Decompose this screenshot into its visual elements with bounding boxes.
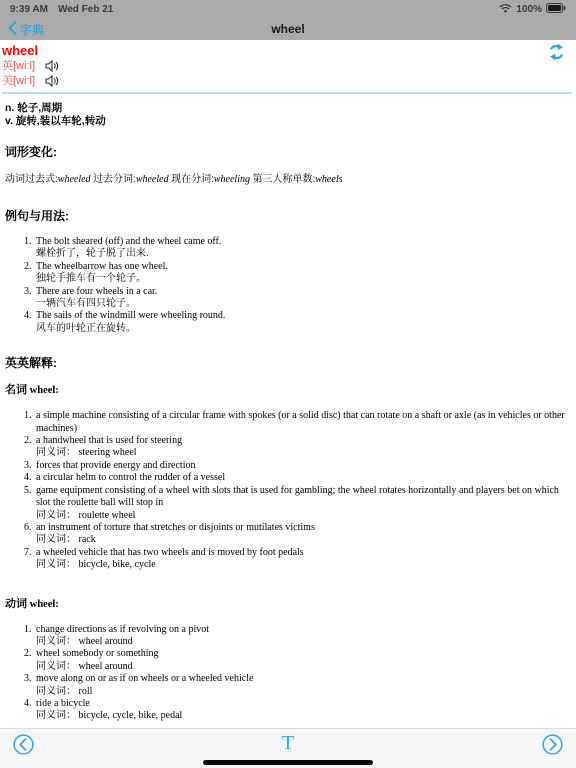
section-heading-examples: 例句与用法:: [0, 209, 576, 223]
synonym-values: bicycle, cycle, bike, pedal: [79, 710, 183, 721]
conjugation-line: 动词过去式:wheeled 过去分词:wheeled 现在分词:wheeling…: [5, 174, 576, 186]
synonym-label: 同义词：: [36, 686, 76, 697]
sense-text: game equipment consisting of a wheel wit…: [36, 485, 559, 508]
synonym-label: 同义词：: [36, 447, 76, 458]
synonym-label: 同义词：: [36, 710, 76, 721]
conj-value: wheeled: [58, 174, 91, 185]
conj-value: wheeling: [214, 174, 250, 185]
status-time: 9:39 AM: [10, 4, 48, 15]
example-en: The wheelbarrow has one wheel.: [36, 261, 168, 272]
sense-item: forces that provide energy and direction: [34, 460, 568, 472]
battery-icon: [546, 3, 566, 16]
conj-label: 第三人称单数:: [252, 174, 315, 185]
sense-item: move along on or as if on wheels or a wh…: [34, 673, 568, 698]
example-item: The wheelbarrow has one wheel. 独轮手推车有一个轮…: [34, 261, 568, 286]
sense-item: a handwheel that is used for steering 同义…: [34, 435, 568, 460]
uk-phonetic: 英[wiːl]: [2, 59, 35, 73]
sense-item: change directions as if revolving on a p…: [34, 624, 568, 649]
pos-label: 动词: [5, 598, 27, 610]
example-zh: 螺栓折了，轮子脱了出来.: [36, 248, 568, 260]
synonym-values: wheel around: [79, 636, 133, 647]
sense-text: an instrument of torture that stretches …: [36, 522, 315, 533]
wifi-icon: [499, 4, 512, 14]
synonym-values: wheel around: [79, 661, 133, 672]
content-area[interactable]: wheel 英[wiːl] 美[wiːl]: [0, 40, 576, 728]
synonym-values: bicycle, bike, cycle: [79, 559, 156, 570]
text-size-button[interactable]: T: [0, 731, 576, 755]
conj-label: 现在分词:: [171, 174, 214, 185]
synonym-label: 同义词：: [36, 636, 76, 647]
pos-word: wheel:: [30, 385, 59, 396]
nav-bar: 字典 wheel: [0, 18, 576, 40]
headword: wheel: [2, 43, 572, 58]
chevron-left-icon: [8, 21, 17, 38]
example-item: The sails of the windmill were wheeling …: [34, 310, 568, 335]
sense-item: a simple machine consisting of a circula…: [34, 410, 568, 435]
example-zh: 独轮手推车有一个轮子。: [36, 273, 568, 285]
conj-value: wheeled: [136, 174, 169, 185]
word-header: wheel 英[wiːl] 美[wiːl]: [0, 40, 576, 94]
page-title: wheel: [0, 22, 576, 36]
separator: [2, 92, 572, 94]
conj-label: 过去分词:: [93, 174, 136, 185]
synonym-label: 同义词：: [36, 559, 76, 570]
dictionary-page: 9:39 AM Wed Feb 21 100% 字典 wheel wheel: [0, 0, 576, 768]
pos-line-noun: 名词 wheel:: [5, 384, 576, 397]
quick-definitions: n. 轮子,周期 v. 旋转,装以车轮,转动: [5, 102, 576, 128]
sense-text: a simple machine consisting of a circula…: [36, 410, 565, 433]
section-heading-english-explanation: 英英解释:: [0, 356, 576, 370]
sense-text: wheel somebody or something: [36, 648, 158, 659]
sense-text: a wheeled vehicle that has two wheels an…: [36, 547, 304, 558]
synonym-values: steering wheel: [79, 447, 137, 458]
sense-text: move along on or as if on wheels or a wh…: [36, 673, 253, 684]
example-item: The bolt sheared (off) and the wheel cam…: [34, 236, 568, 261]
example-zh: 一辆汽车有四只轮子。: [36, 298, 568, 310]
example-en: The bolt sheared (off) and the wheel cam…: [36, 236, 221, 247]
definition-noun: n. 轮子,周期: [5, 102, 576, 115]
sense-item: ride a bicycle 同义词： bicycle, cycle, bike…: [34, 698, 568, 723]
sense-item: wheel somebody or something 同义词： wheel a…: [34, 648, 568, 673]
example-en: The sails of the windmill were wheeling …: [36, 310, 225, 321]
synonym-label: 同义词：: [36, 661, 76, 672]
synonym-values: roulette wheel: [79, 510, 136, 521]
sense-item: an instrument of torture that stretches …: [34, 522, 568, 547]
us-phonetic: 美[wiːl]: [2, 74, 35, 88]
conj-value: wheels: [315, 174, 342, 185]
verb-senses-list: change directions as if revolving on a p…: [0, 624, 576, 723]
sense-text: forces that provide energy and direction: [36, 460, 195, 471]
status-bar: 9:39 AM Wed Feb 21 100%: [0, 0, 576, 18]
back-button-label: 字典: [20, 21, 44, 38]
sense-item: a wheeled vehicle that has two wheels an…: [34, 547, 568, 572]
sense-text: a circular helm to control the rudder of…: [36, 472, 225, 483]
section-heading-morphology: 词形变化:: [0, 145, 576, 159]
sense-item: game equipment consisting of a wheel wit…: [34, 485, 568, 522]
circled-chevron-right-icon[interactable]: [542, 734, 563, 760]
examples-list: The bolt sheared (off) and the wheel cam…: [0, 236, 576, 335]
noun-senses-list: a simple machine consisting of a circula…: [0, 410, 576, 571]
example-item: There are four wheels in a car. 一辆汽车有四只轮…: [34, 286, 568, 311]
pos-label: 名词: [5, 384, 27, 396]
example-en: There are four wheels in a car.: [36, 286, 157, 297]
status-date: Wed Feb 21: [58, 4, 113, 15]
bottom-toolbar: T: [0, 728, 576, 768]
speaker-icon[interactable]: [45, 75, 59, 87]
sense-item: a circular helm to control the rudder of…: [34, 472, 568, 484]
home-indicator[interactable]: [203, 760, 373, 765]
synonym-label: 同义词：: [36, 510, 76, 521]
pos-line-verb: 动词 wheel:: [5, 598, 576, 611]
sense-text: ride a bicycle: [36, 698, 90, 709]
synonym-values: rack: [79, 534, 96, 545]
refresh-icon[interactable]: [549, 43, 564, 66]
speaker-icon[interactable]: [45, 60, 59, 72]
definition-verb: v. 旋转,装以车轮,转动: [5, 115, 576, 128]
conj-label: 动词过去式:: [5, 174, 58, 185]
back-button[interactable]: 字典: [8, 21, 44, 38]
example-zh: 风车的叶轮正在旋转。: [36, 323, 568, 335]
sense-text: a handwheel that is used for steering: [36, 435, 182, 446]
battery-percent: 100%: [516, 4, 542, 15]
sense-text: change directions as if revolving on a p…: [36, 624, 209, 635]
synonym-label: 同义词：: [36, 534, 76, 545]
synonym-values: roll: [79, 686, 93, 697]
pos-word: wheel:: [30, 599, 59, 610]
